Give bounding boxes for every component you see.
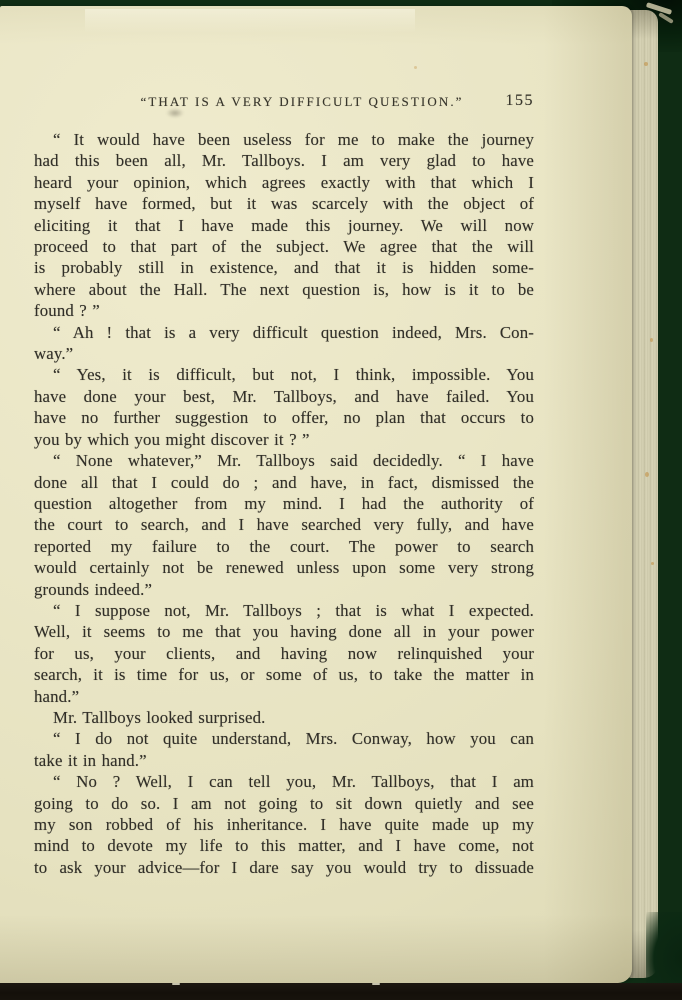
paragraph: “ No ? Well, I can tell you, Mr. Tallboy… xyxy=(34,771,534,878)
text-line: “ None whatever,” Mr. Tallboys said deci… xyxy=(34,450,534,471)
text-line: search, it is time for us, or some of us… xyxy=(34,664,534,685)
scan-glint xyxy=(372,983,380,985)
text-line: “ Ah ! that is a very difficult question… xyxy=(34,322,534,343)
paragraph: “ It would have been useless for me to m… xyxy=(34,129,534,322)
foxing-speck xyxy=(414,66,417,69)
scan-glare-band xyxy=(85,9,415,33)
scanned-book-photo: { "book_page": { "header": { "running_ti… xyxy=(0,0,682,1000)
book-cover-corner-shadow xyxy=(646,912,682,990)
text-line: heard your opinion, which agrees exactly… xyxy=(34,172,534,193)
paragraph: “ Yes, it is difficult, but not, I think… xyxy=(34,364,534,450)
text-line: myself have formed, but it was scarcely … xyxy=(34,193,534,214)
page-number: 155 xyxy=(506,92,535,110)
text-line: take it in hand.” xyxy=(34,750,534,771)
text-line: “ Yes, it is difficult, but not, I think… xyxy=(34,364,534,385)
text-line: grounds indeed.” xyxy=(34,579,534,600)
text-block: “ It would have been useless for me to m… xyxy=(34,129,534,878)
text-line: have done your best, Mr. Tallboys, and h… xyxy=(34,386,534,407)
text-line: hand.” xyxy=(34,686,534,707)
page-edge-stack xyxy=(628,10,658,978)
text-line: “ It would have been useless for me to m… xyxy=(34,129,534,150)
text-line: “ I do not quite understand, Mrs. Conway… xyxy=(34,728,534,749)
scan-glint xyxy=(172,983,180,985)
text-line: you by which you might discover it ? ” xyxy=(34,429,534,450)
text-line: going to do so. I am not going to sit do… xyxy=(34,793,534,814)
running-title: “THAT IS A VERY DIFFICULT QUESTION.” xyxy=(140,94,463,110)
text-line: had this been all, Mr. Tallboys. I am ve… xyxy=(34,150,534,171)
text-line: for us, your clients, and having now rel… xyxy=(34,643,534,664)
text-line: to ask your advice—for I dare say you wo… xyxy=(34,857,534,878)
text-line: found ? ” xyxy=(34,300,534,321)
text-line: way.” xyxy=(34,343,534,364)
paragraph: Mr. Tallboys looked surprised. xyxy=(34,707,534,728)
foxing-speck xyxy=(651,562,654,565)
running-header: “THAT IS A VERY DIFFICULT QUESTION.” 155 xyxy=(36,92,536,114)
text-line: is probably still in existence, and that… xyxy=(34,257,534,278)
foxing-speck xyxy=(650,338,653,342)
text-line: the court to search, and I have searched… xyxy=(34,514,534,535)
text-line: have no further suggestion to offer, no … xyxy=(34,407,534,428)
text-line: mind to devote my life to this matter, a… xyxy=(34,835,534,856)
text-line: Well, it seems to me that you having don… xyxy=(34,621,534,642)
text-line: my son robbed of his inheritance. I have… xyxy=(34,814,534,835)
text-line: eliciting it that I have made this journ… xyxy=(34,215,534,236)
text-line: done all that I could do ; and have, in … xyxy=(34,472,534,493)
paragraph: “ Ah ! that is a very difficult question… xyxy=(34,322,534,365)
book-page: “THAT IS A VERY DIFFICULT QUESTION.” 155… xyxy=(0,6,632,983)
paragraph: “ I do not quite understand, Mrs. Conway… xyxy=(34,728,534,771)
scan-bed-shadow xyxy=(0,983,682,1000)
text-line: question altogether from my mind. I had … xyxy=(34,493,534,514)
text-line: “ No ? Well, I can tell you, Mr. Tallboy… xyxy=(34,771,534,792)
text-line: Mr. Tallboys looked surprised. xyxy=(34,707,534,728)
text-line: would certainly not be renewed unless up… xyxy=(34,557,534,578)
paragraph: “ None whatever,” Mr. Tallboys said deci… xyxy=(34,450,534,600)
text-line: proceed to that part of the subject. We … xyxy=(34,236,534,257)
text-line: reported my failure to the court. The po… xyxy=(34,536,534,557)
text-line: where about the Hall. The next question … xyxy=(34,279,534,300)
foxing-speck xyxy=(645,472,649,477)
foxing-speck xyxy=(644,62,648,66)
text-line: “ I suppose not, Mr. Tallboys ; that is … xyxy=(34,600,534,621)
paragraph: “ I suppose not, Mr. Tallboys ; that is … xyxy=(34,600,534,707)
